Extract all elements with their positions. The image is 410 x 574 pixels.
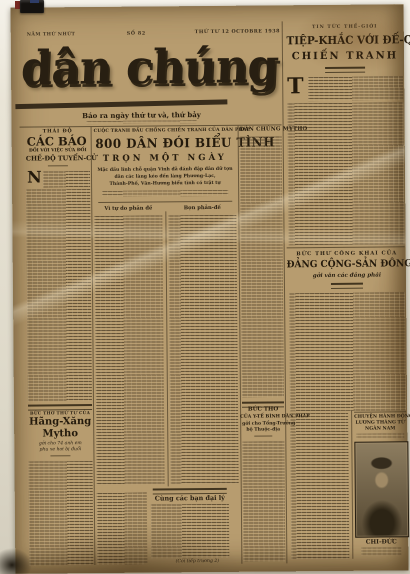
clip-blue-edge: [30, 0, 39, 3]
feature-head-line-1: CHUYỆN HÀNH ĐỘNG: [354, 414, 406, 419]
feature-divider-rule: [351, 411, 353, 559]
corner-shadow: [0, 548, 32, 574]
center-deck-line-2: dân các làng kéo đến làng Phương-Lạc,: [94, 174, 236, 180]
body-text-block: [43, 171, 90, 187]
banner-line-1: BỨC THƯ CÔNG KHAI CỦA: [289, 250, 405, 257]
masthead-logo: dân chúng: [20, 42, 279, 91]
right-kicker: TIN TỨC THẾ-GIỚI: [287, 24, 403, 30]
portrait-caption-small-print: [361, 547, 401, 555]
tagline-small-print: [87, 120, 197, 124]
body-text-block: [242, 441, 285, 561]
center-deck-rule: [98, 201, 232, 203]
body-text-block: [28, 461, 93, 566]
center-kicker: CUỘC TRANH ĐẤU CHỐNG CHIẾN TRANH CỦA DÂN…: [94, 128, 236, 134]
center-col-label-right: Bọn phản-đế: [168, 205, 236, 212]
right-article-dropcap: T: [287, 75, 304, 97]
scanned-newspaper-photo: NĂM THỨ NHỨT SỐ 82 THỨ TƯ 12 OCTOBRE 193…: [0, 0, 410, 574]
newspaper-page: NĂM THỨ NHỨT SỐ 82 THỨ TƯ 12 OCTOBRE 193…: [11, 4, 409, 573]
feature-head-line-3: NGÀN NAM: [354, 426, 406, 431]
body-text-block: [97, 493, 148, 565]
banner-top-rule: [287, 246, 405, 248]
issue-number: SỐ 82: [127, 31, 146, 37]
letter-box-bottom-rule: [50, 455, 70, 456]
portrait-caption: CHI-ĐỨC: [355, 538, 407, 545]
feature-top-rule: [354, 411, 406, 412]
letter-box-title-1: Hãng-Xăng: [28, 416, 92, 428]
letter-box-kicker: BỨC THƠ THỨ TƯ CỦA: [28, 410, 92, 416]
center-headline: 800 DÂN ĐÓI BIỂU TÌNH: [95, 135, 234, 151]
right-headline-line-1: TIỆP-KHẮC VỚI ĐẾ-QUỐC: [286, 33, 401, 47]
portrait-photo: [354, 441, 409, 537]
agents-subhead: Cùng các bạn đại lý: [151, 494, 229, 503]
center-deck-line-3: Thành-Phố, Văn-Hương biểu tình có trật t…: [94, 181, 236, 187]
center-deck-line-1: Mặc dầu lính chỗ quận Vinh đã đánh đập d…: [94, 167, 236, 173]
left-article-rule: [48, 165, 68, 166]
feature-caption-small-print: [356, 433, 404, 438]
body-text-block: [168, 215, 238, 485]
letter-box-title-2: Mytho: [28, 428, 92, 440]
body-text-block: [240, 136, 284, 397]
continued-note: (Coi tiếp trương 2): [165, 559, 229, 565]
masthead-underline-bar: [15, 99, 227, 109]
body-text-block: [308, 76, 403, 101]
left-article-headline: CÁC BÁO: [22, 134, 92, 149]
banner-line-2: ĐẢNG CỘNG-SẢN ĐÔNG-DƯƠNG: [287, 258, 406, 270]
left-article-dropcap: N: [27, 169, 42, 185]
right-headline-line-2: CHIẾN TRANH: [287, 50, 403, 62]
tagline: Báo ra ngày thứ tư và, thứ bảy: [51, 110, 231, 121]
dateline: THỨ TƯ 12 OCTOBRE 1938: [195, 28, 280, 35]
left-article-subhead-2: CHẾ-ĐỘ TUYỂN-CỬ: [26, 154, 90, 163]
center-subhead: TRỌN MỘT NGÀY: [94, 153, 236, 164]
body-text-block: [26, 189, 92, 402]
banner-line-3: gởi văn các đảng phái: [289, 272, 405, 279]
feature-head-line-2: LƯƠNG THÁNG TỪ: [354, 420, 406, 425]
center-deck-small-print: [102, 190, 228, 197]
body-text-block: [151, 504, 229, 559]
body-text-block: [287, 102, 404, 245]
edition-label: NĂM THỨ NHỨT: [27, 32, 76, 37]
letter-box-sub-1: gởi cho 74 anh em: [28, 441, 92, 447]
col4-box-bottom-rule: [254, 435, 272, 436]
col4-letter-line-2: CỦA Y-TẾ BÌNH DÂN PHÁP: [240, 414, 286, 419]
col4-letter-line-4: bộ Thuộc-địa: [242, 427, 284, 432]
left-article-subhead-1: ĐỐI VỚI VIỆC SỬA ĐỔI: [26, 148, 90, 154]
col4-letter-line-1: BỨC THƠ: [242, 406, 284, 412]
col4-letter-line-3: gởi cho Tổng-Trưởng: [242, 421, 284, 426]
banner-bottom-rule: [331, 283, 363, 289]
body-text-block: [289, 292, 406, 411]
right-headline-underline: [325, 67, 365, 73]
center-col-label-left: Vì tự do phản đế: [94, 205, 162, 212]
col4-heading: DÂN CHÚNG MYTHO: [240, 126, 282, 132]
body-text-block: [290, 413, 349, 560]
body-text-block: [94, 215, 164, 485]
letter-box-sub-2: phu xe hơi bị đuổi: [28, 447, 92, 453]
